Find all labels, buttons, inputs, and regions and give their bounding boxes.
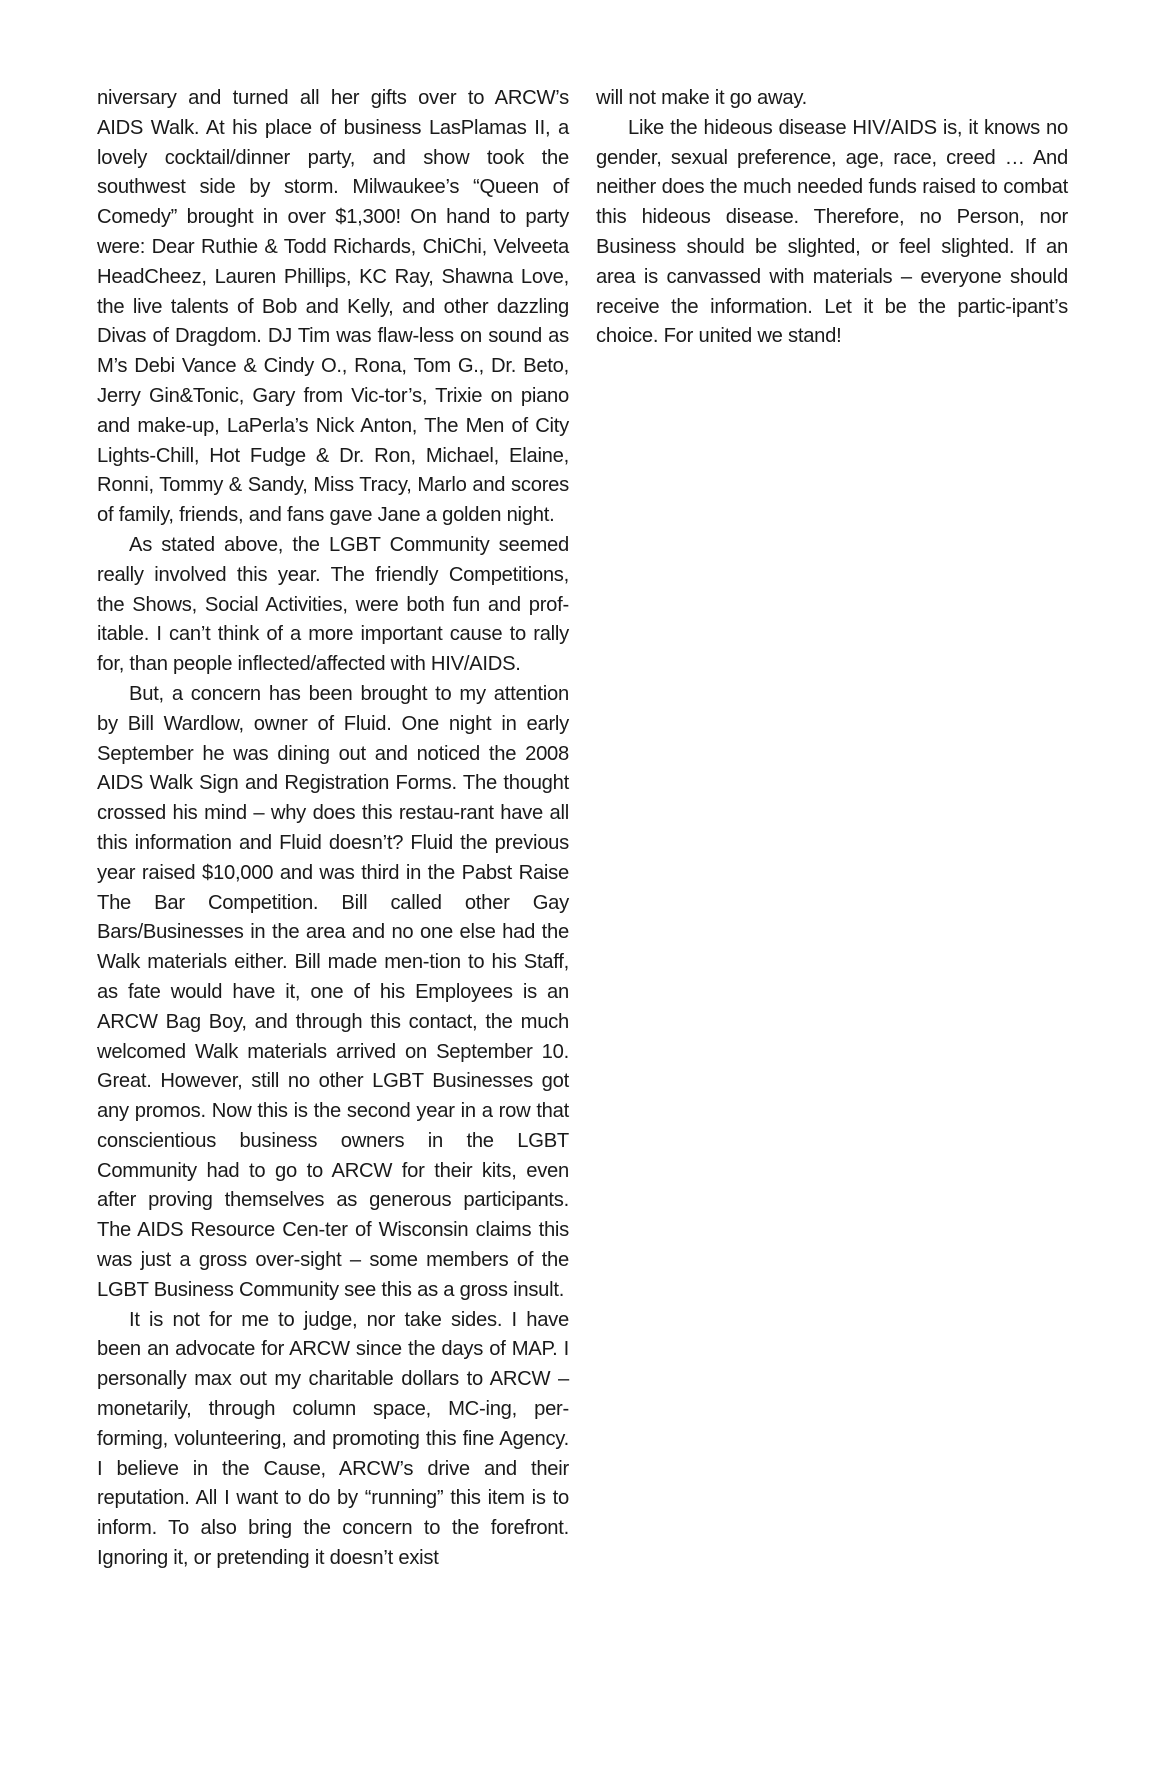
left-column: niversary and turned all her gifts over … [97, 84, 569, 1574]
paragraph-lgbt-involvement: As stated above, the LGBT Community seem… [97, 531, 569, 680]
right-column: will not make it go away. Like the hideo… [596, 84, 1068, 352]
paragraph-jane-anniversary: niversary and turned all her gifts over … [97, 84, 569, 531]
paragraph-united-we-stand: Like the hideous disease HIV/AIDS is, it… [596, 114, 1068, 352]
paragraph-fluid-concern: But, a concern has been brought to my at… [97, 680, 569, 1306]
document-page: niversary and turned all her gifts over … [0, 0, 1150, 1775]
paragraph-go-away: will not make it go away. [596, 84, 1068, 114]
paragraph-not-to-judge: It is not for me to judge, nor take side… [97, 1306, 569, 1574]
